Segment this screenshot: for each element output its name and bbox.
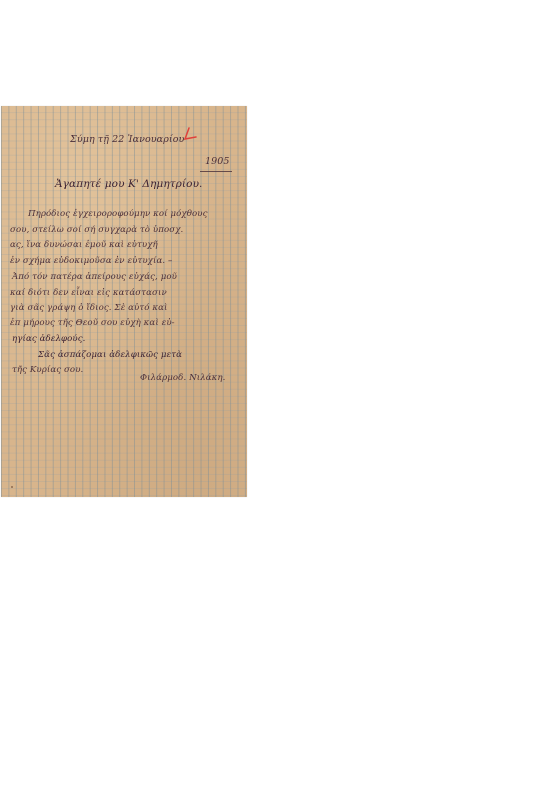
body-line: σου, στείλω σοί σή συγχαρὰ τὸ ὑποσχ. <box>10 225 183 235</box>
letter-place-date: Σύμη τῇ 22 Ἰανουαρίου <box>70 134 184 145</box>
letter-salutation: Ἀγαπητέ μου Κ' Δημητρίου. <box>55 178 203 190</box>
paper-blemish <box>11 486 13 488</box>
body-line: Ἀπό τόν πατέρα ἀπείρους εὐχάς, μοῦ <box>12 272 177 282</box>
letter-year: 1905 <box>205 156 230 167</box>
body-line: Σᾶς ἀσπάζομαι ἀδελφικῶς μετὰ <box>38 350 182 360</box>
body-line: Πηρόδιος ἐγχειροροφούμην κοί μόχθους <box>28 209 208 219</box>
year-underline <box>200 171 232 172</box>
body-line: ἐν σχήμα εὐδοκιμοῦσα ἐν εὐτυχία. – <box>10 256 172 266</box>
body-line: καί διότι δεν εἶναι εἰς κατάστασιν <box>10 288 167 298</box>
body-line: ἐπ μήρους τῆς Θεοῦ σου εὐχὴ καὶ εὐ- <box>10 318 175 328</box>
red-pencil-mark <box>183 127 197 143</box>
body-line: τῆς Κυρίας σου. <box>12 365 83 375</box>
body-line: ας, ἵνα δυνώσαι ἐμοῦ καὶ εὐτυχῆ <box>10 240 158 250</box>
body-line: γιὰ σᾶς γράψη ὁ ἴδιος. Σὲ αὐτό καὶ <box>10 303 167 313</box>
body-line: ηγίας ἀδελφούς. <box>12 334 86 344</box>
letter-signature: Φιλάρμοδ. Νιλάκη. <box>140 373 225 383</box>
